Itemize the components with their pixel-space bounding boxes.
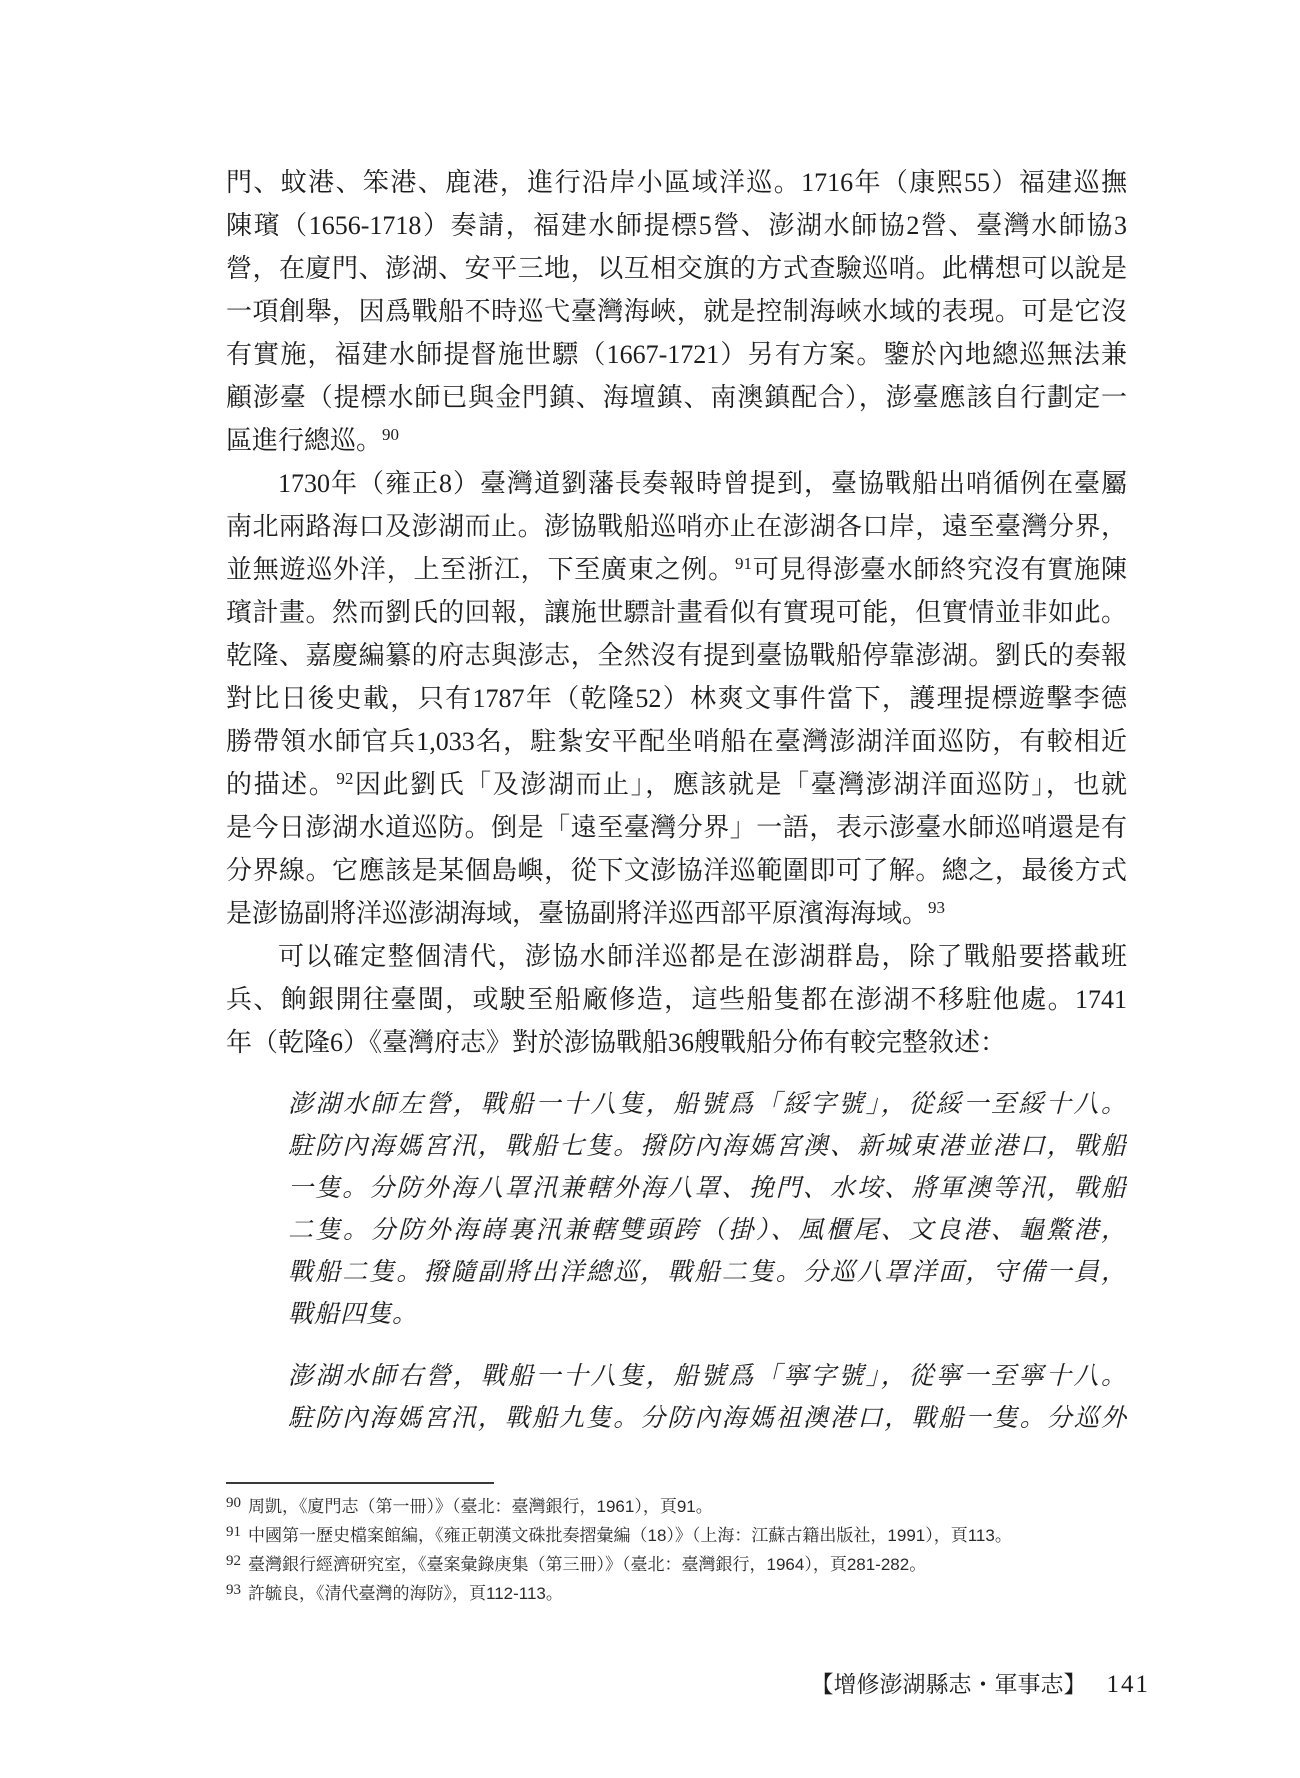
text-line: 陳璸（1656-1718）奏請，福建水師提標5營、澎湖水師協2營、臺灣水師協3 bbox=[226, 204, 1127, 247]
text-run: 對比日後史載，只有1787年（乾隆52）林爽文事件當下，護理提標遊擊李德 bbox=[226, 684, 1127, 713]
footnote-area: 90周凱，《廈門志（第一冊）》（臺北：臺灣銀行，1961），頁91。91中國第一… bbox=[226, 1482, 1127, 1609]
text-run: 澎湖水師右營，戰船一十八隻，船號爲「寧字號」，從寧一至寧十八。 bbox=[288, 1363, 1127, 1390]
text-run: 駐防內海媽宮汛，戰船七隻。撥防內海媽宮澳、新城東港並港口，戰船 bbox=[288, 1133, 1127, 1160]
text-run: 駐防內海媽宮汛，戰船九隻。分防內海媽祖澳港口，戰船一隻。分巡外 bbox=[288, 1405, 1127, 1432]
text-line: 是今日澎湖水道巡防。倒是「遠至臺灣分界」一語，表示澎臺水師巡哨還是有 bbox=[226, 806, 1127, 849]
quote-paragraph: 澎湖水師左營，戰船一十八隻，船號爲「綏字號」，從綏一至綏十八。駐防內海媽宮汛，戰… bbox=[288, 1084, 1127, 1336]
text-run: 南北兩路海口及澎湖而止。澎協戰船巡哨亦止在澎湖各口岸，遠至臺灣分界， bbox=[226, 512, 1127, 541]
text-line: 並無遊巡外洋，上至浙江，下至廣東之例。91可見得澎臺水師終究沒有實施陳 bbox=[226, 548, 1127, 591]
text-line: 二隻。分防外海嵵裏汛兼轄雙頭跨（掛）、風櫃尾、文良港、龜鱉港， bbox=[288, 1210, 1127, 1252]
text-run: 可以確定整個清代，澎協水師洋巡都是在澎湖群島，除了戰船要搭載班 bbox=[278, 942, 1127, 971]
text-run: 二隻。分防外海嵵裏汛兼轄雙頭跨（掛）、風櫃尾、文良港、龜鱉港， bbox=[288, 1217, 1127, 1244]
footnote-list: 90周凱，《廈門志（第一冊）》（臺北：臺灣銀行，1961），頁91。91中國第一… bbox=[226, 1493, 1127, 1609]
text-line: 門、蚊港、笨港、鹿港，進行沿岸小區域洋巡。1716年（康熙55）福建巡撫 bbox=[226, 161, 1127, 204]
text-line: 年（乾隆6）《臺灣府志》對於澎協戰船36艘戰船分佈有較完整敘述： bbox=[226, 1021, 1127, 1064]
text-run: 的描述。 bbox=[226, 770, 336, 799]
footnote-item: 93許毓良，《清代臺灣的海防》，頁112-113。 bbox=[226, 1580, 1127, 1609]
text-run: 門、蚊港、笨港、鹿港，進行沿岸小區域洋巡。1716年（康熙55）福建巡撫 bbox=[226, 168, 1127, 197]
text-run: 可見得澎臺水師終究沒有實施陳 bbox=[752, 555, 1127, 584]
text-line: 的描述。92因此劉氏「及澎湖而止」，應該就是「臺灣澎湖洋面巡防」，也就 bbox=[226, 763, 1127, 806]
text-line: 1730年（雍正8）臺灣道劉藩長奏報時曾提到，臺協戰船出哨循例在臺屬 bbox=[226, 462, 1127, 505]
footnote-text: 臺灣銀行經濟研究室，《臺案彙錄庚集（第三冊）》（臺北：臺灣銀行，1964），頁2… bbox=[248, 1555, 926, 1574]
text-line: 璸計畫。然而劉氏的回報，讓施世驃計畫看似有實現可能，但實情並非如此。 bbox=[226, 591, 1127, 634]
text-line: 分界線。它應該是某個島嶼，從下文澎協洋巡範圍即可了解。總之，最後方式 bbox=[226, 849, 1127, 892]
text-run: 陳璸（1656-1718）奏請，福建水師提標5營、澎湖水師協2營、臺灣水師協3 bbox=[226, 211, 1127, 240]
text-run: 兵、餉銀開往臺閩，或駛至船廠修造，這些船隻都在澎湖不移駐他處。1741 bbox=[226, 985, 1127, 1014]
footnote-ref: 92 bbox=[336, 769, 353, 788]
footnote-text: 周凱，《廈門志（第一冊）》（臺北：臺灣銀行，1961），頁91。 bbox=[248, 1497, 713, 1516]
text-run: 有實施，福建水師提督施世驃（1667-1721）另有方案。鑒於內地總巡無法兼 bbox=[226, 340, 1127, 369]
footnote-item: 92臺灣銀行經濟研究室，《臺案彙錄庚集（第三冊）》（臺北：臺灣銀行，1964），… bbox=[226, 1551, 1127, 1580]
text-body: 門、蚊港、笨港、鹿港，進行沿岸小區域洋巡。1716年（康熙55）福建巡撫陳璸（1… bbox=[226, 161, 1127, 1440]
text-run: 分界線。它應該是某個島嶼，從下文澎協洋巡範圍即可了解。總之，最後方式 bbox=[226, 856, 1127, 885]
footer-page-number: 141 bbox=[1107, 1671, 1151, 1698]
footnote-text: 許毓良，《清代臺灣的海防》，頁112-113。 bbox=[248, 1584, 563, 1603]
footnote-ref: 93 bbox=[928, 898, 945, 917]
text-run: 澎湖水師左營，戰船一十八隻，船號爲「綏字號」，從綏一至綏十八。 bbox=[288, 1091, 1127, 1118]
text-line: 一項創舉，因爲戰船不時巡弋臺灣海峽，就是控制海峽水域的表現。可是它沒 bbox=[226, 290, 1127, 333]
text-line: 勝帶領水師官兵1,033名，駐紮安平配坐哨船在臺灣澎湖洋面巡防，有較相近 bbox=[226, 720, 1127, 763]
text-run: 1730年（雍正8）臺灣道劉藩長奏報時曾提到，臺協戰船出哨循例在臺屬 bbox=[278, 469, 1127, 498]
footnote-number: 91 bbox=[226, 1524, 241, 1540]
text-run: 戰船四隻。 bbox=[288, 1301, 418, 1328]
quote-paragraph: 澎湖水師右營，戰船一十八隻，船號爲「寧字號」，從寧一至寧十八。駐防內海媽宮汛，戰… bbox=[288, 1356, 1127, 1440]
body-paragraph: 門、蚊港、笨港、鹿港，進行沿岸小區域洋巡。1716年（康熙55）福建巡撫陳璸（1… bbox=[226, 161, 1127, 462]
text-line: 澎湖水師右營，戰船一十八隻，船號爲「寧字號」，從寧一至寧十八。 bbox=[288, 1356, 1127, 1398]
text-run: 因此劉氏「及澎湖而止」，應該就是「臺灣澎湖洋面巡防」，也就 bbox=[353, 770, 1127, 799]
text-line: 顧澎臺（提標水師已與金門鎮、海壇鎮、南澳鎮配合），澎臺應該自行劃定一 bbox=[226, 376, 1127, 419]
text-run: 顧澎臺（提標水師已與金門鎮、海壇鎮、南澳鎮配合），澎臺應該自行劃定一 bbox=[226, 383, 1127, 412]
body-paragraph: 1730年（雍正8）臺灣道劉藩長奏報時曾提到，臺協戰船出哨循例在臺屬南北兩路海口… bbox=[226, 462, 1127, 935]
footnote-number: 93 bbox=[226, 1582, 241, 1598]
text-run: 並無遊巡外洋，上至浙江，下至廣東之例。 bbox=[226, 555, 735, 584]
text-line: 營，在廈門、澎湖、安平三地，以互相交旗的方式查驗巡哨。此構想可以說是 bbox=[226, 247, 1127, 290]
body-paragraph: 可以確定整個清代，澎協水師洋巡都是在澎湖群島，除了戰船要搭載班兵、餉銀開往臺閩，… bbox=[226, 935, 1127, 1064]
footnote-separator-rule bbox=[226, 1482, 494, 1484]
footnote-number: 92 bbox=[226, 1553, 241, 1569]
text-run: 一隻。分防外海八罩汛兼轄外海八罩、挽門、水垵、將軍澳等汛，戰船 bbox=[288, 1175, 1127, 1202]
text-line: 區進行總巡。90 bbox=[226, 419, 1127, 462]
text-run: 區進行總巡。 bbox=[226, 426, 382, 455]
text-line: 南北兩路海口及澎湖而止。澎協戰船巡哨亦止在澎湖各口岸，遠至臺灣分界， bbox=[226, 505, 1127, 548]
text-line: 戰船四隻。 bbox=[288, 1294, 1127, 1336]
text-run: 勝帶領水師官兵1,033名，駐紮安平配坐哨船在臺灣澎湖洋面巡防，有較相近 bbox=[226, 727, 1127, 756]
text-run: 是澎協副將洋巡澎湖海域，臺協副將洋巡西部平原濱海海域。 bbox=[226, 899, 928, 928]
footnote-number: 90 bbox=[226, 1495, 241, 1511]
text-line: 對比日後史載，只有1787年（乾隆52）林爽文事件當下，護理提標遊擊李德 bbox=[226, 677, 1127, 720]
text-line: 可以確定整個清代，澎協水師洋巡都是在澎湖群島，除了戰船要搭載班 bbox=[226, 935, 1127, 978]
text-run: 年（乾隆6）《臺灣府志》對於澎協戰船36艘戰船分佈有較完整敘述： bbox=[226, 1028, 1006, 1057]
text-line: 是澎協副將洋巡澎湖海域，臺協副將洋巡西部平原濱海海域。93 bbox=[226, 892, 1127, 935]
text-line: 有實施，福建水師提督施世驃（1667-1721）另有方案。鑒於內地總巡無法兼 bbox=[226, 333, 1127, 376]
text-run: 乾隆、嘉慶編纂的府志與澎志，全然沒有提到臺協戰船停靠澎湖。劉氏的奏報 bbox=[226, 641, 1127, 670]
footnote-item: 90周凱，《廈門志（第一冊）》（臺北：臺灣銀行，1961），頁91。 bbox=[226, 1493, 1127, 1522]
text-line: 戰船二隻。撥隨副將出洋總巡，戰船二隻。分巡八罩洋面，守備一員， bbox=[288, 1252, 1127, 1294]
text-run: 營，在廈門、澎湖、安平三地，以互相交旗的方式查驗巡哨。此構想可以說是 bbox=[226, 254, 1127, 283]
text-line: 澎湖水師左營，戰船一十八隻，船號爲「綏字號」，從綏一至綏十八。 bbox=[288, 1084, 1127, 1126]
text-run: 是今日澎湖水道巡防。倒是「遠至臺灣分界」一語，表示澎臺水師巡哨還是有 bbox=[226, 813, 1127, 842]
footer-book-title: 【增修澎湖縣志・軍事志】 bbox=[811, 1672, 1087, 1697]
text-line: 駐防內海媽宮汛，戰船九隻。分防內海媽祖澳港口，戰船一隻。分巡外 bbox=[288, 1398, 1127, 1440]
text-run: 璸計畫。然而劉氏的回報，讓施世驃計畫看似有實現可能，但實情並非如此。 bbox=[226, 598, 1127, 627]
text-run: 戰船二隻。撥隨副將出洋總巡，戰船二隻。分巡八罩洋面，守備一員， bbox=[288, 1259, 1127, 1286]
book-page: 門、蚊港、笨港、鹿港，進行沿岸小區域洋巡。1716年（康熙55）福建巡撫陳璸（1… bbox=[0, 0, 1300, 1778]
footnote-item: 91中國第一歷史檔案館編，《雍正朝漢文硃批奏摺彙編（18）》（上海：江蘇古籍出版… bbox=[226, 1522, 1127, 1551]
footnote-ref: 90 bbox=[382, 425, 399, 444]
text-line: 兵、餉銀開往臺閩，或駛至船廠修造，這些船隻都在澎湖不移駐他處。1741 bbox=[226, 978, 1127, 1021]
footnote-text: 中國第一歷史檔案館編，《雍正朝漢文硃批奏摺彙編（18）》（上海：江蘇古籍出版社，… bbox=[248, 1526, 1012, 1545]
footnote-ref: 91 bbox=[735, 554, 752, 573]
text-line: 駐防內海媽宮汛，戰船七隻。撥防內海媽宮澳、新城東港並港口，戰船 bbox=[288, 1126, 1127, 1168]
text-line: 一隻。分防外海八罩汛兼轄外海八罩、挽門、水垵、將軍澳等汛，戰船 bbox=[288, 1168, 1127, 1210]
text-line: 乾隆、嘉慶編纂的府志與澎志，全然沒有提到臺協戰船停靠澎湖。劉氏的奏報 bbox=[226, 634, 1127, 677]
page-footer: 【增修澎湖縣志・軍事志】141 bbox=[811, 1671, 1151, 1699]
text-run: 一項創舉，因爲戰船不時巡弋臺灣海峽，就是控制海峽水域的表現。可是它沒 bbox=[226, 297, 1127, 326]
